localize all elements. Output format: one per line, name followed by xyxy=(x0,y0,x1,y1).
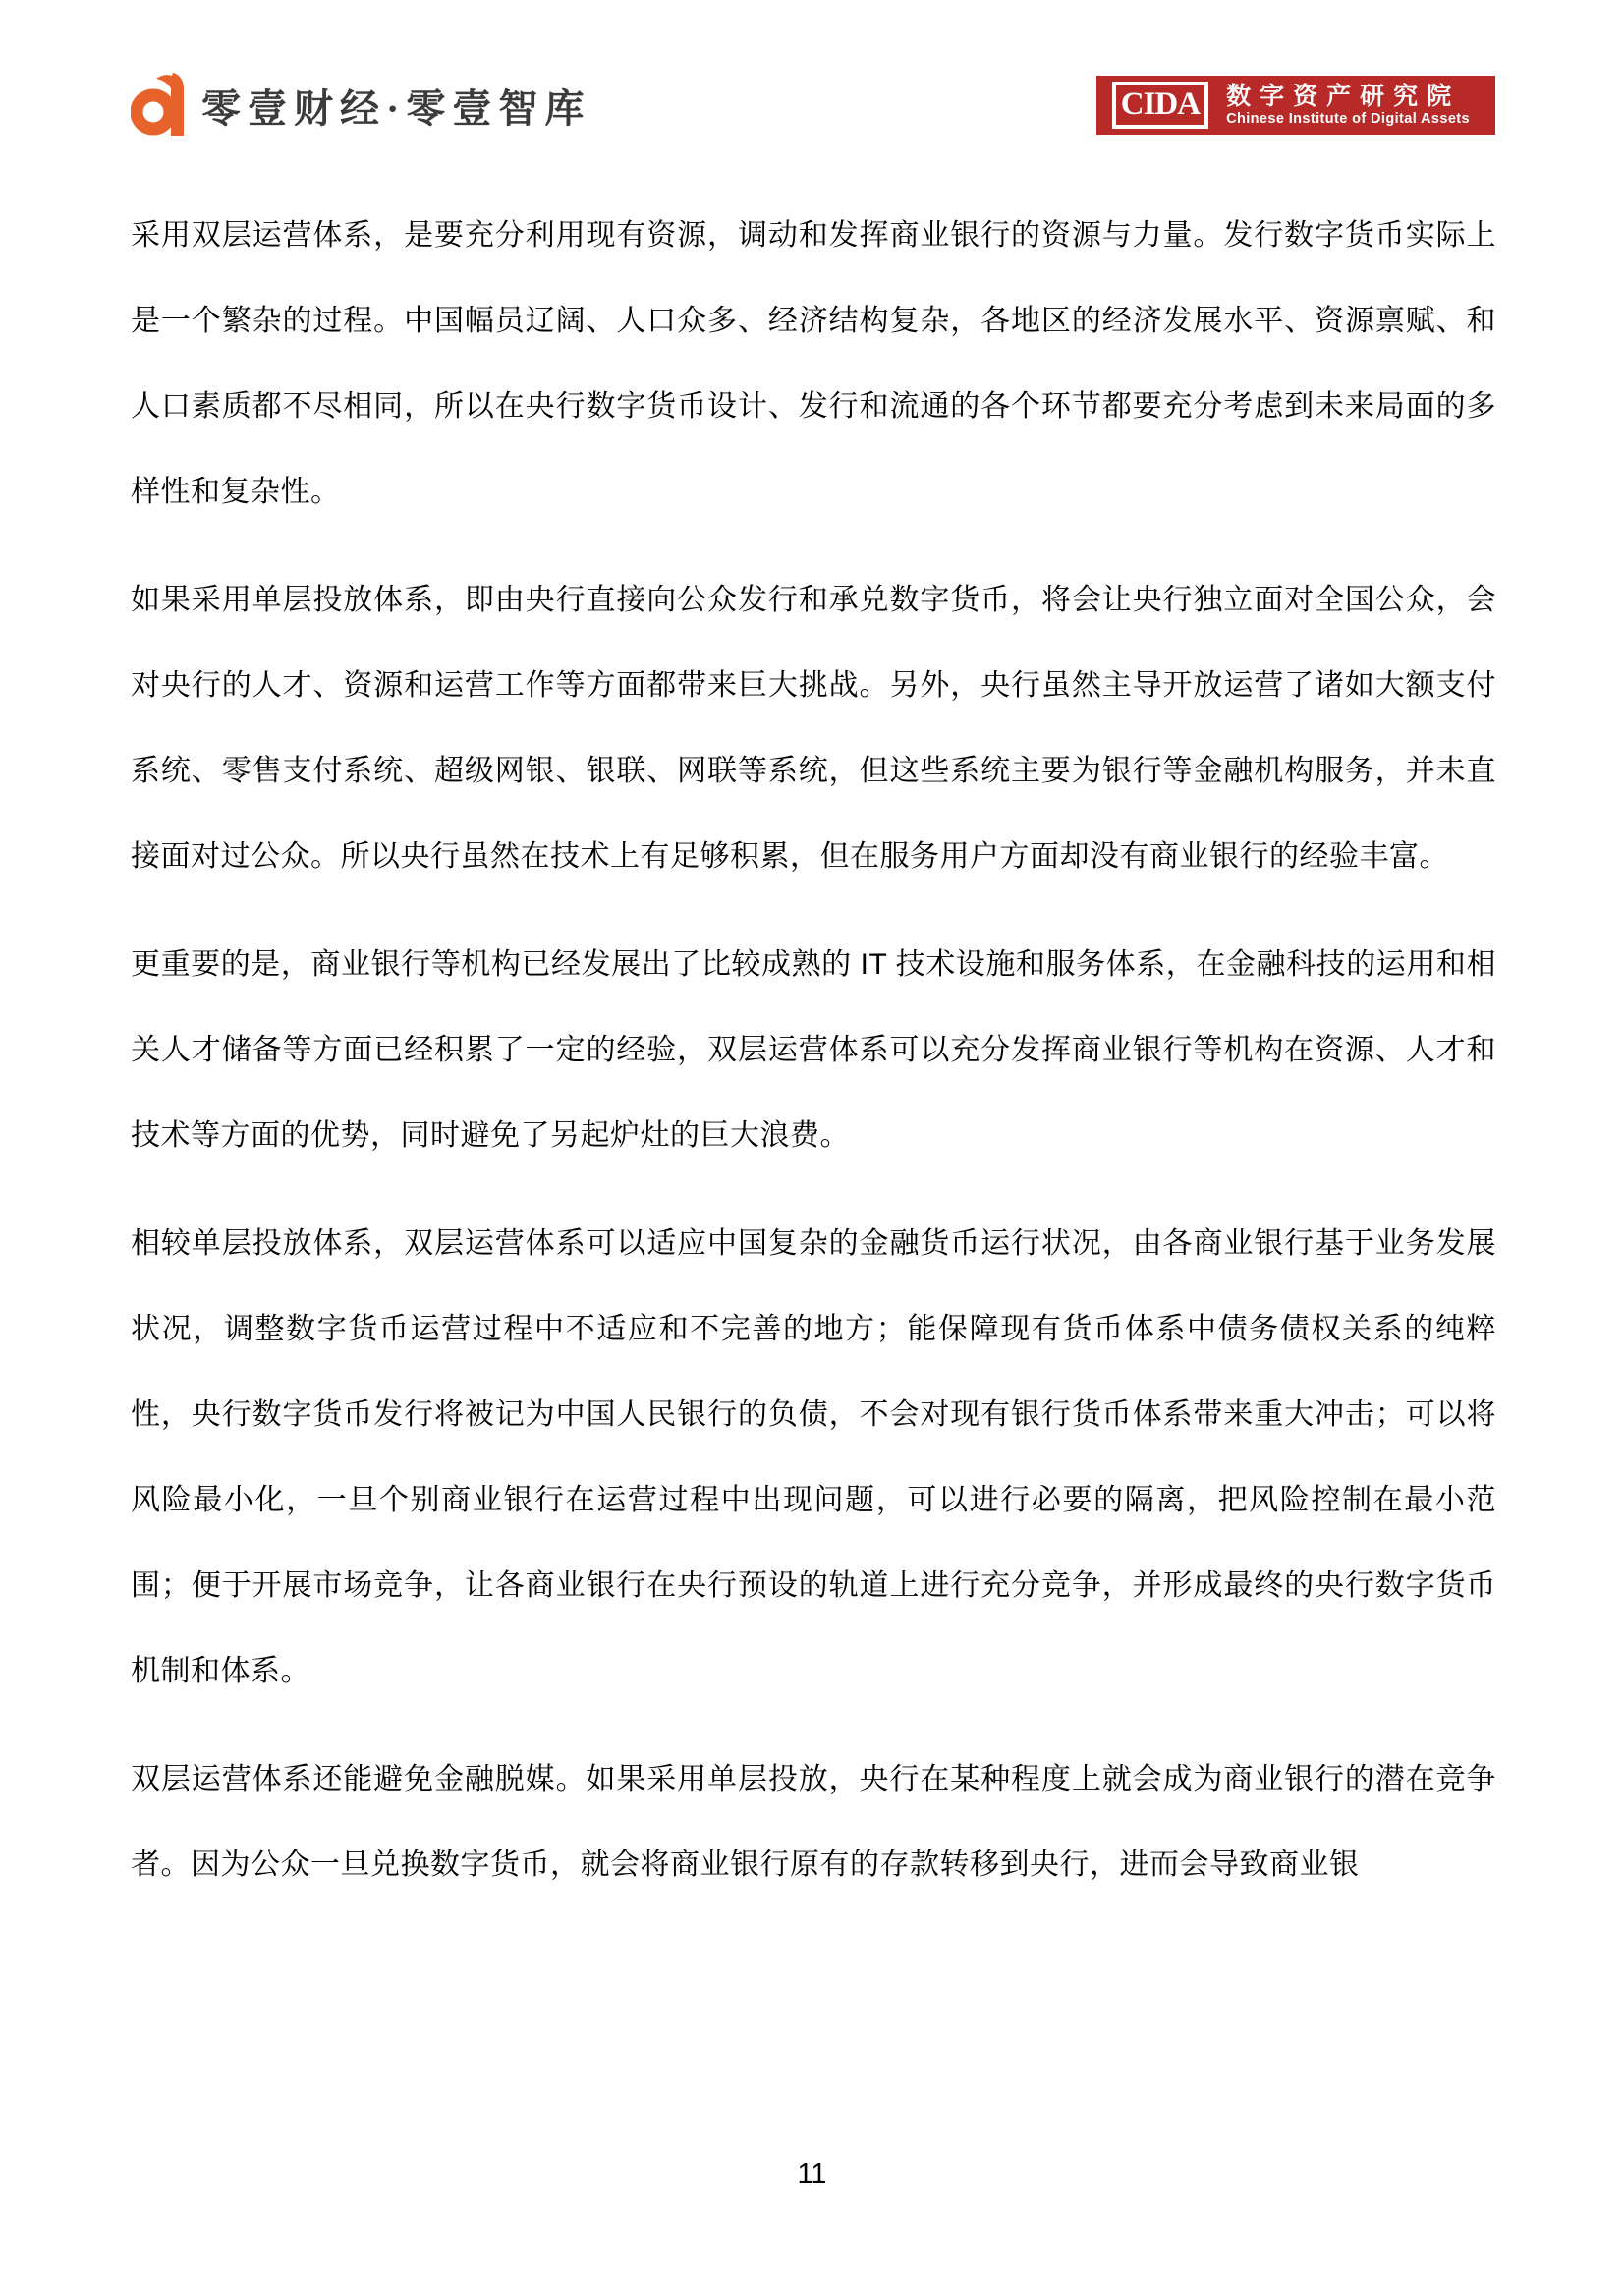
alpha-logo-icon xyxy=(131,73,188,138)
paragraph-3: 更重要的是，商业银行等机构已经发展出了比较成熟的 IT 技术设施和服务体系，在金… xyxy=(131,922,1496,1178)
page-number: 11 xyxy=(797,2158,826,2190)
page-body: 采用双层运营体系，是要充分利用现有资源，调动和发挥商业银行的资源与力量。发行数字… xyxy=(131,193,1496,1930)
paragraph-2: 如果采用单层投放体系，即由央行直接向公众发行和承兑数字货币，将会让央行独立面对全… xyxy=(131,557,1496,899)
cida-chinese-name: 数字资产研究院 xyxy=(1226,83,1470,111)
cida-names: 数字资产研究院 Chinese Institute of Digital Ass… xyxy=(1226,83,1470,128)
cida-logo-banner: CIDA 数字资产研究院 Chinese Institute of Digita… xyxy=(1096,76,1495,135)
paragraph-5: 双层运营体系还能避免金融脱媒。如果采用单层投放，央行在某种程度上就会成为商业银行… xyxy=(131,1736,1496,1907)
cida-abbr-box: CIDA xyxy=(1112,82,1208,129)
paragraph-4: 相较单层投放体系，双层运营体系可以适应中国复杂的金融货币运行状况，由各商业银行基… xyxy=(131,1201,1496,1714)
page-footer: 11 xyxy=(0,2158,1624,2191)
page-header: 零壹财经·零壹智库 CIDA 数字资产研究院 Chinese Institute… xyxy=(131,73,1495,138)
paragraph-1: 采用双层运营体系，是要充分利用现有资源，调动和发挥商业银行的资源与力量。发行数字… xyxy=(131,193,1496,535)
cida-english-name: Chinese Institute of Digital Assets xyxy=(1226,111,1470,128)
document-page: 零壹财经·零壹智库 CIDA 数字资产研究院 Chinese Institute… xyxy=(0,0,1624,2276)
lingyi-caijing-logo-text: 零壹财经·零壹智库 xyxy=(201,78,590,134)
lingyi-caijing-logo: 零壹财经·零壹智库 xyxy=(131,73,590,138)
